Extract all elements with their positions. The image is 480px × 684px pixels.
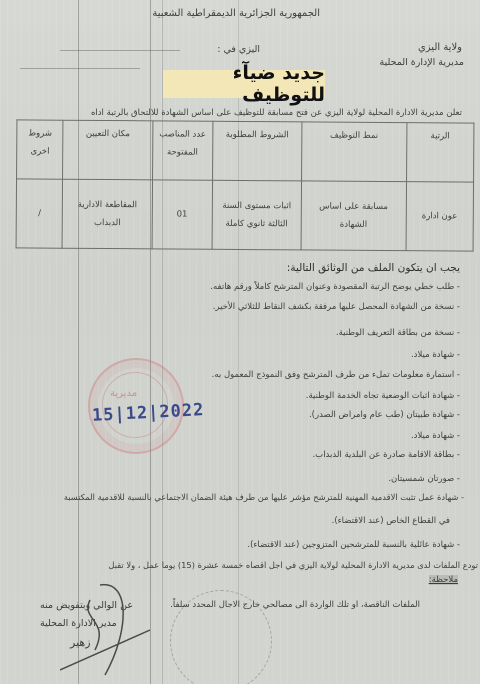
document-item: - شهادة ميلاد. (411, 431, 460, 441)
signature-scribble-icon (60, 580, 160, 680)
document-item: - شهادة ميلاد. (411, 350, 460, 360)
republic-header: الجمهورية الجزائرية الديمقراطية الشعبية (160, 8, 320, 19)
banner-text: جديد ضيآء للتوظيف (163, 62, 325, 106)
note-line-1: تودع الملفات لدى مديرية الادارة المحلية … (108, 560, 478, 570)
header-assignment-place: مكان التعيين (63, 120, 153, 180)
header-open-positions: عدد المناصب المفتوحة (152, 121, 213, 180)
announcement-intro: تعلن مديرية الادارة المحلية لولاية اليزي… (91, 108, 462, 118)
table-header-row: الرتبة نمط التوظيف الشروط المطلوبة عدد ا… (17, 120, 474, 182)
document-item: - نسخة من الشهادة المحصل عليها مرفقة بكش… (213, 302, 460, 312)
document-item: - شهادة عمل تثبت الاقدمية المهنية للمترش… (64, 492, 464, 502)
document-item: - طلب خطي يوضح الرتبة المقصودة وعنوان ال… (210, 282, 460, 292)
document-item: - نسخة من بطاقة التعريف الوطنية. (336, 328, 460, 338)
document-item: في القطاع الخاص (عند الاقتضاء). (332, 516, 450, 526)
note-label: ملاحظة: (429, 575, 458, 585)
stamp-text: مديرية (110, 388, 137, 399)
header-grade: الرتبة (406, 123, 474, 182)
cell-assignment-place: المقاطعة الادارية الدبداب (63, 179, 153, 249)
documents-title: يجب ان يتكون الملف من الوثائق التالية: (287, 262, 460, 274)
watermark-banner: جديد ضيآء للتوظيف (163, 70, 325, 98)
directorate-label: مديرية الإدارة المحلية (380, 57, 465, 68)
secondary-stamp (170, 590, 272, 684)
document-item: - شهادة طبيتان (طب عام وامراض الصدر). (309, 410, 460, 420)
document-item: - بطاقة الاقامة صادرة عن البلدية الدبداب… (312, 450, 460, 460)
positions-table: الرتبة نمط التوظيف الشروط المطلوبة عدد ا… (16, 119, 475, 251)
document-item: - شهادة اثبات الوضعية تجاه الخدمة الوطني… (306, 391, 460, 401)
document-item: - صورتان شمسيتان. (388, 474, 460, 484)
cell-grade: عون ادارة (406, 182, 474, 251)
place-date-label: اليزي في : (160, 44, 260, 55)
cell-recruitment-mode: مسابقة على اساس الشهادة (301, 181, 406, 251)
header-requirements: الشروط المطلوبة (212, 121, 302, 181)
note-label-line: ملاحظة: (429, 575, 458, 585)
table-row: عون ادارة مسابقة على اساس الشهادة اثبات … (16, 179, 473, 251)
document-page: الجمهورية الجزائرية الديمقراطية الشعبية … (0, 0, 480, 684)
bleed-line (20, 68, 140, 69)
document-item: - استمارة معلومات تملء من طرف المترشح وف… (212, 370, 460, 380)
cell-open-positions: 01 (152, 180, 213, 249)
cell-requirements: اثبات مستوى السنة الثالثة ثانوي كاملة (212, 180, 302, 250)
header-other-conditions: شروط اخرى (17, 120, 64, 179)
note-deadline-text: تودع الملفات لدى مديرية الادارة المحلية … (108, 560, 478, 570)
cell-other-conditions: / (16, 179, 63, 248)
wilaya-label: ولاية اليزي (418, 42, 462, 53)
document-item: - شهادة عائلية بالنسبة للمترشحين المتزوج… (247, 540, 460, 550)
header-recruitment-mode: نمط التوظيف (302, 122, 407, 182)
